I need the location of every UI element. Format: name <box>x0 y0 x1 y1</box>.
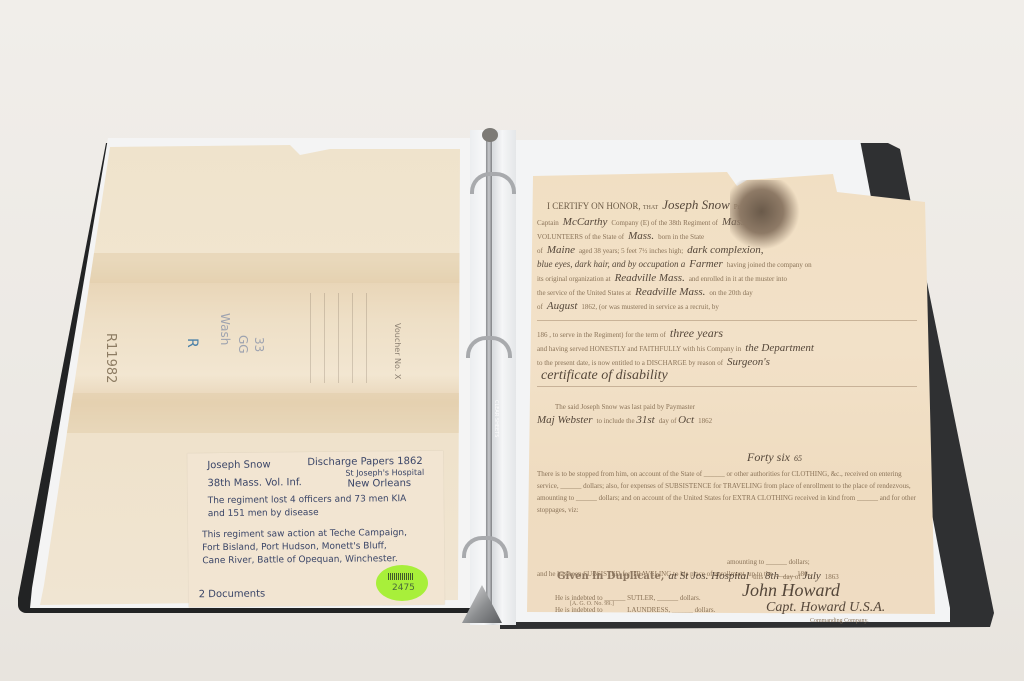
ledger-entries <box>310 293 380 383</box>
lot-sticker: 2475 <box>376 565 428 601</box>
note-battles-3: Cane River, Battle of Opequan, Wincheste… <box>202 553 398 568</box>
catalog-number: R11982 <box>103 333 118 383</box>
signature-2: Capt. Howard U.S.A. <box>766 600 885 616</box>
voucher-header: Voucher No. X <box>393 323 402 379</box>
commanding-label: Commanding Company. <box>810 615 869 627</box>
tape-stripe <box>40 393 460 433</box>
burn-damage <box>730 180 800 250</box>
form-row: certificate of disability <box>541 366 931 384</box>
spine-imprint: CLEAR SHEETS <box>493 400 499 437</box>
docket-line: 33 <box>252 337 266 352</box>
docket-line: Wash <box>218 313 232 345</box>
note-location: New Orleans <box>347 477 411 491</box>
note-document-count: 2 Documents <box>199 588 266 602</box>
note-regiment: 38th Mass. Vol. Inf. <box>207 476 301 490</box>
docket-line: GG <box>236 335 250 354</box>
ring-release-top[interactable] <box>482 128 498 142</box>
paid-row: Maj Webster to include the 31st day of O… <box>537 410 927 428</box>
note-soldier-name: Joseph Snow <box>207 458 270 472</box>
note-casualties: The regiment lost 4 officers and 73 men … <box>208 493 407 508</box>
form-row: of August 1862, (or was mustered in serv… <box>537 296 927 314</box>
form-number: [A. G. O. No. 99.] <box>570 598 614 610</box>
blank-line <box>537 320 917 321</box>
blue-pencil-mark: R <box>184 338 200 348</box>
clothing-advance: Forty six 65 <box>747 448 802 466</box>
stoppage-text: There is to be stopped from him, on acco… <box>537 468 922 516</box>
barcode-icon <box>388 573 414 580</box>
blank-line <box>537 386 917 387</box>
signature-1: John Howard <box>742 580 840 601</box>
tape-stripe <box>40 253 460 283</box>
lot-number: 2475 <box>392 583 415 593</box>
note-disease: and 151 men by disease <box>208 507 319 521</box>
